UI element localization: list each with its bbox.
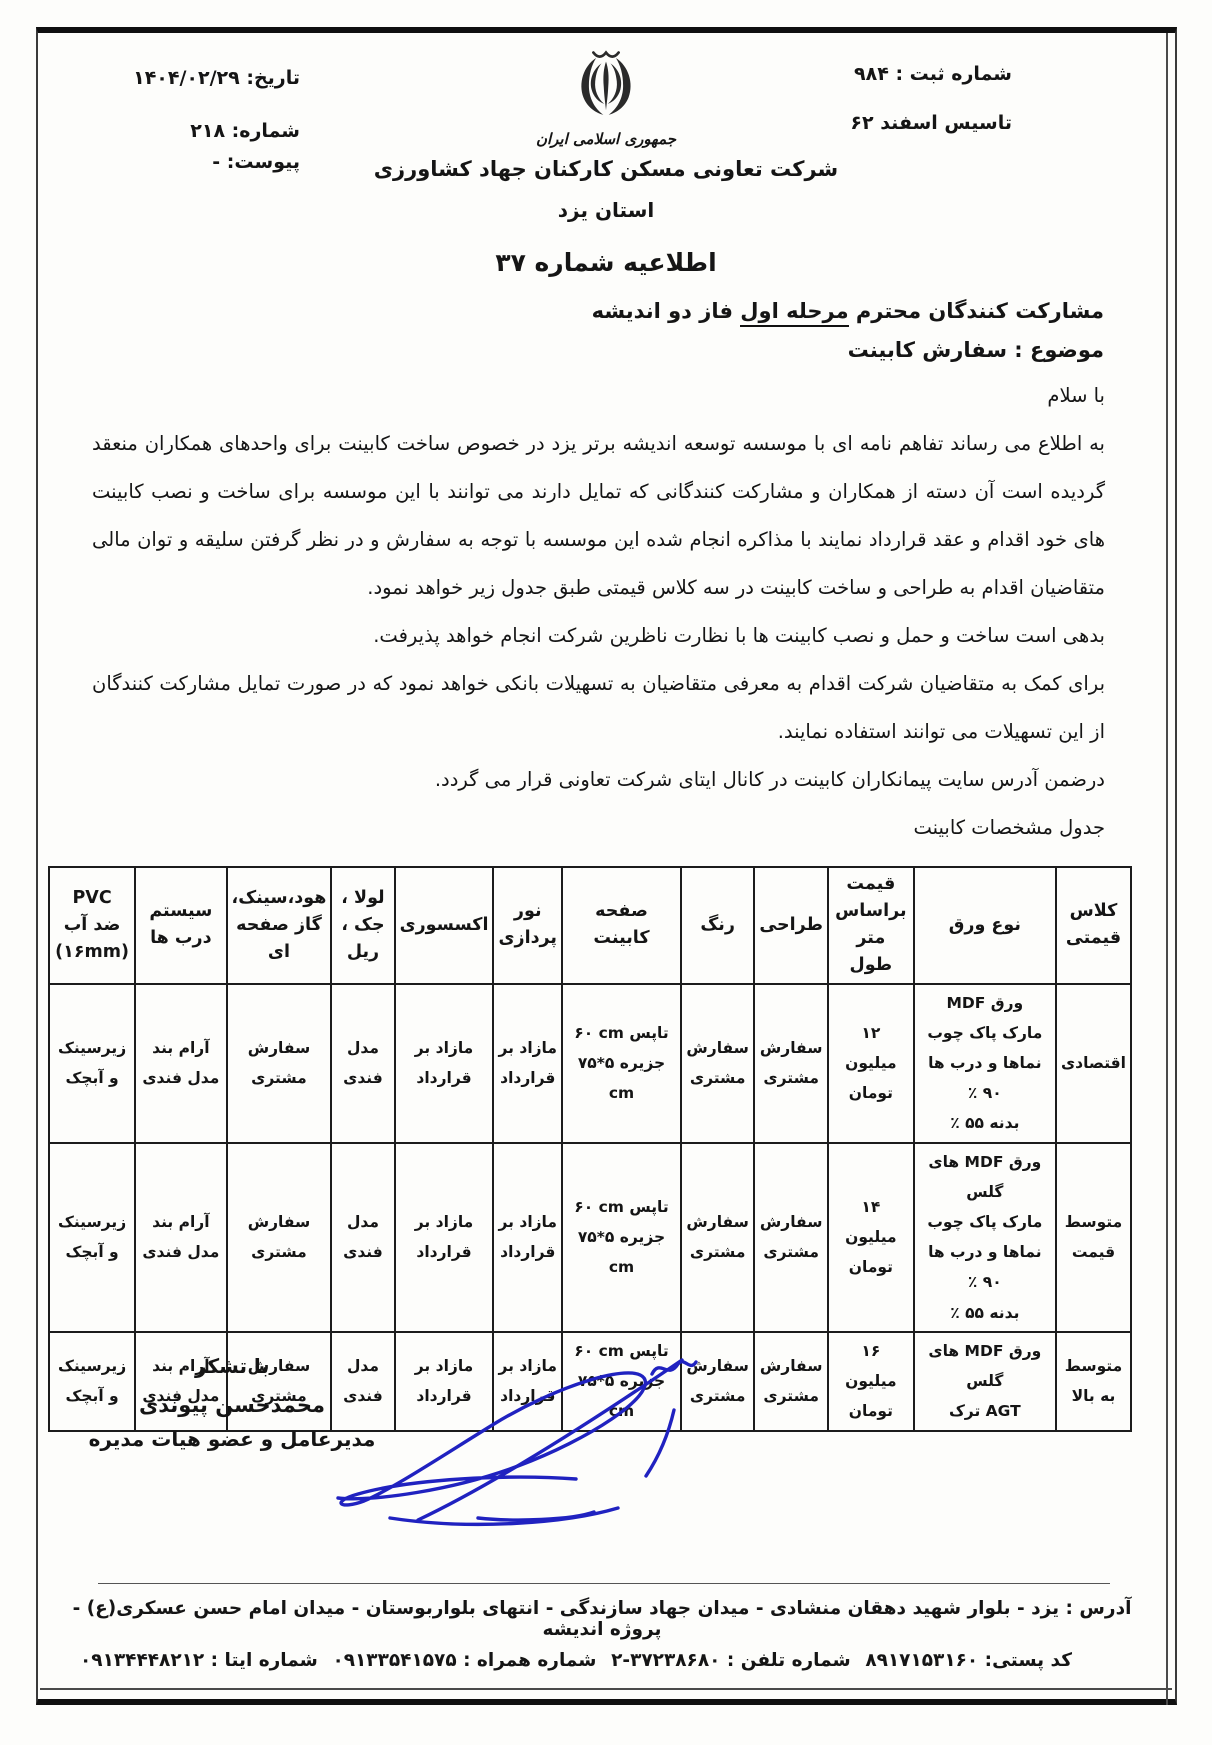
addressee-line: مشارکت کنندگان محترم مرحله اول فاز دو ان… [592,297,1104,325]
col-header-price-class: کلاس قیمتی [1056,867,1131,984]
col-header-design: طراحی [754,867,828,984]
col-header-hood-sink-stove: هود،سینک، گاز صفحه ای [227,867,332,984]
letter-page: شماره ثبت : ۹۸۴ تاسیس اسفند ۶۲ تاریخ: ۱۴… [0,0,1212,1745]
addressee-pre: مشارکت کنندگان محترم [849,299,1104,323]
cell-pvc: زیرسینک و آبچک [49,984,135,1143]
cell-class: اقتصادی [1056,984,1131,1143]
organization-name: شرکت تعاونی مسکن کارکنان جهاد کشاورزی [256,157,956,181]
cell-price: ۱۴ میلیون تومان [828,1143,914,1332]
footer-contacts: کد پستی: ۸۹۱۷۱۵۳۱۶۰ شماره تلفن : ۳۷۲۳۸۶۸… [80,1650,1072,1671]
cell-class: متوسط به بالا [1056,1332,1131,1431]
table-caption: جدول مشخصات کابینت [92,804,1105,852]
cell-countertop: تاپس ⁦۶۰ cm⁩ جزیره ⁦۷۵*۵ cm⁩ [562,984,681,1143]
paragraph-4: درضمن آدرس سایت پیمانکاران کابینت در کان… [92,756,1105,804]
cell-sheet-type: ورق MDF های گلس مارک پاک چوب نماها و درب… [914,1143,1056,1332]
cell-hood-sink: سفارش مشتری [227,1143,332,1332]
cell-hinge: مدل فندی [331,1143,394,1332]
province-name: استان یزد [256,198,956,222]
subject-line: موضوع : سفارش کابینت [592,336,1104,364]
table-row-economy: اقتصادی ورق MDF مارک پاک چوب نماها و درب… [49,984,1131,1143]
col-header-door-system: سیستم درب ها [135,867,226,984]
cell-design: سفارش مشتری [754,984,828,1143]
cell-price: ۱۲ میلیون تومان [828,984,914,1143]
cell-sheet-type: ورق MDF های گلس ⁦AGT⁩ ترک [914,1332,1056,1431]
page-border-inner-bottom [40,1688,1172,1690]
government-title: جمهوری اسلامی ایران [256,130,956,148]
col-header-accessory: اکسسوری [395,867,494,984]
iran-emblem-icon [570,42,642,128]
cell-countertop: تاپس ⁦۶۰ cm⁩ جزیره ⁦۷۵*۵ cm⁩ [562,1143,681,1332]
letter-body: با سلام به اطلاع می رساند تفاهم نامه ای … [92,372,1105,852]
page-border-inner-right [1166,33,1168,1705]
addressee-underlined-phase: مرحله اول [740,299,848,327]
cell-door-system: آرام بند مدل فندی [135,984,226,1143]
col-header-lighting: نور پردازی [493,867,562,984]
letterhead: جمهوری اسلامی ایران شرکت تعاونی مسکن کار… [256,42,956,222]
cell-color: سفارش مشتری [681,1143,754,1332]
paragraph-1: به اطلاع می رساند تفاهم نامه ای با موسسه… [92,420,1105,612]
footer-address: آدرس : یزد - بلوار شهید دهقان منشادی - م… [70,1598,1134,1640]
notice-title: اطلاعیه شماره ۳۷ [0,248,1212,277]
cell-design: سفارش مشتری [754,1143,828,1332]
addressee-post: فاز دو اندیشه [592,299,741,323]
cell-design: سفارش مشتری [754,1332,828,1431]
col-header-price-per-meter: قیمت براساس متر طول [828,867,914,984]
salutation: با سلام [92,372,1105,420]
cell-price: ۱۶ میلیون تومان [828,1332,914,1431]
cell-accessory: مازاد بر قرارداد [395,1143,494,1332]
cell-color: سفارش مشتری [681,984,754,1143]
phone-number: شماره تلفن : ۳۷۲۳۸۶۸۰-۲ [611,1650,851,1671]
col-header-countertop: صفحه کابینت [562,867,681,984]
col-header-color: رنگ [681,867,754,984]
cell-accessory: مازاد بر قرارداد [395,984,494,1143]
cell-sheet-type: ورق MDF مارک پاک چوب نماها و درب ها ۹۰ ٪… [914,984,1056,1143]
handwritten-signature [242,1348,722,1543]
addressee-block: مشارکت کنندگان محترم مرحله اول فاز دو ان… [592,297,1104,365]
col-header-pvc-waterproof: PVC ضد آب ⁦(۱۶mm)⁩ [49,867,135,984]
cell-class: متوسط قیمت [1056,1143,1131,1332]
postal-code: کد پستی: ۸۹۱۷۱۵۳۱۶۰ [865,1650,1072,1671]
paragraph-2: بدهی است ساخت و حمل و نصب کابینت ها با ن… [92,612,1105,660]
col-header-hinge-jack-rail: لولا ، جک ، ریل [331,867,394,984]
cell-hinge: مدل فندی [331,984,394,1143]
table-header-row: کلاس قیمتی نوع ورق قیمت براساس متر طول ط… [49,867,1131,984]
cell-lighting: مازاد بر قرارداد [493,984,562,1143]
paragraph-3: برای کمک به متقاضیان شرکت اقدام به معرفی… [92,660,1105,756]
mobile-number: شماره همراه : ۰۹۱۳۳۵۴۱۵۷۵ [332,1650,596,1671]
cell-door-system: آرام بند مدل فندی [135,1143,226,1332]
cell-lighting: مازاد بر قرارداد [493,1143,562,1332]
col-header-sheet-type: نوع ورق [914,867,1056,984]
eitaa-number: شماره ایتا : ۰۹۱۳۴۴۴۸۲۱۲ [80,1650,318,1671]
cell-pvc: زیرسینک و آبچک [49,1143,135,1332]
table-row-mid-price: متوسط قیمت ورق MDF های گلس مارک پاک چوب … [49,1143,1131,1332]
cabinet-spec-table: کلاس قیمتی نوع ورق قیمت براساس متر طول ط… [48,866,1132,1432]
cell-hood-sink: سفارش مشتری [227,984,332,1143]
footer-divider [98,1583,1110,1584]
